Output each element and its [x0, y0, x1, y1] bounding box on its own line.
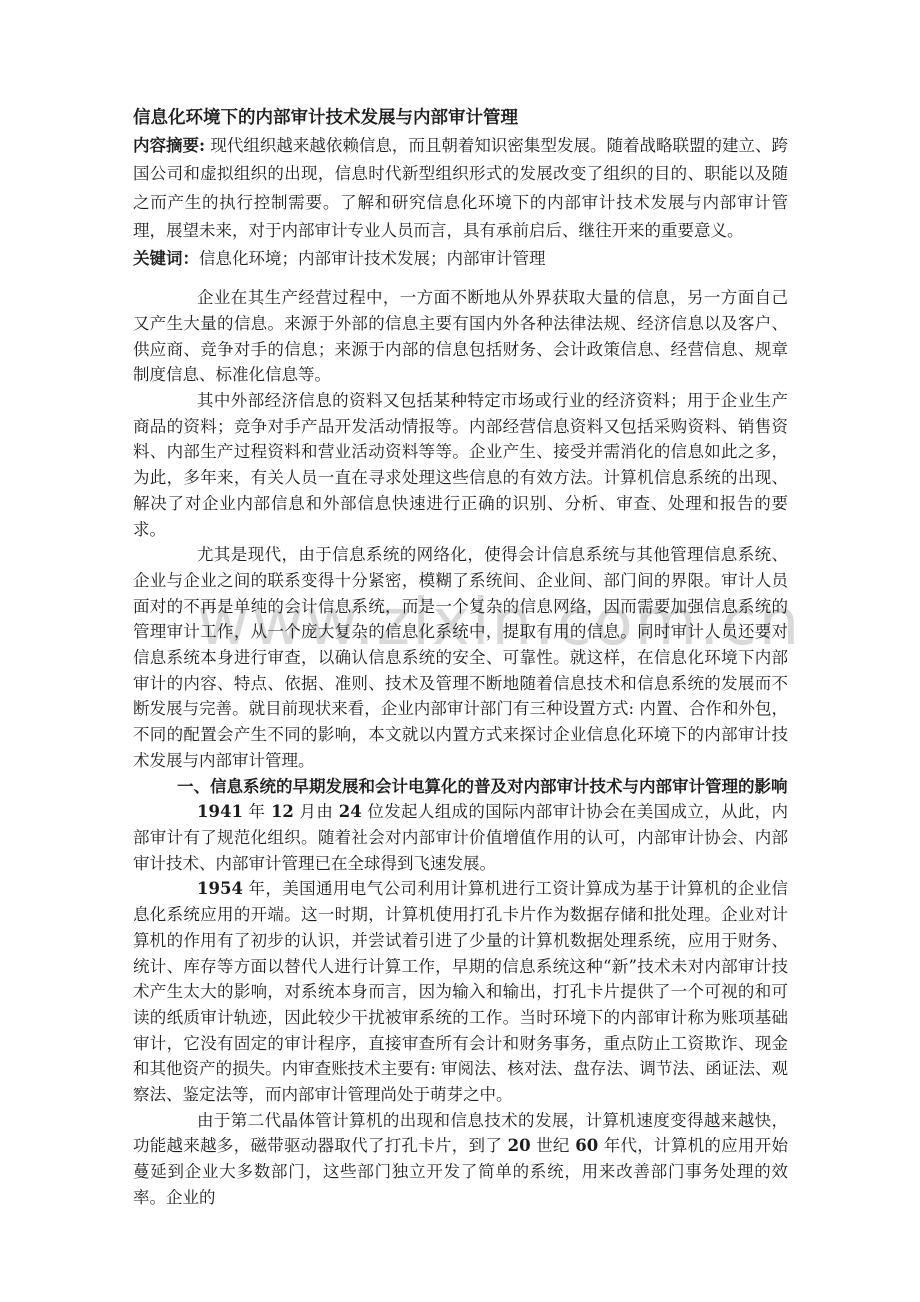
body-paragraph: 尤其是现代，由于信息系统的网络化，使得会计信息系统与其他管理信息系统、企业与企业… [133, 542, 788, 773]
keywords-label: 关键词： [133, 249, 199, 268]
body-paragraph: 其中外部经济信息的资料又包括某种特定市场或行业的经济资料；用于企业生产商品的资料… [133, 388, 788, 542]
bold-text-run: 20 [508, 1136, 531, 1155]
bold-text-run: 一、信息系统的早期发展和会计电算化的普及对内部审计技术与内部审计管理的影响 [177, 777, 788, 796]
bold-text-run: 1954 [197, 879, 243, 898]
document-body: 企业在其生产经营过程中，一方面不断地从外界获取大量的信息，另一方面自己又产生大量… [133, 285, 788, 1210]
body-paragraph: 1941 年 12 月由 24 位发起人组成的国际内部审计协会在美国成立，从此，… [133, 799, 788, 876]
keywords-text: 信息化环境；内部审计技术发展；内部审计管理 [199, 249, 546, 268]
text-run: 尤其是现代，由于信息系统的网络化，使得会计信息系统与其他管理信息系统、企业与企业… [133, 545, 788, 770]
document-content: 信息化环境下的内部审计技术发展与内部审计管理 内容摘要: 现代组织越来越依赖信息… [133, 0, 788, 1211]
keywords-line: 关键词：信息化环境；内部审计技术发展；内部审计管理 [133, 245, 788, 273]
bold-text-run: 24 [339, 802, 362, 821]
section-heading: 一、信息系统的早期发展和会计电算化的普及对内部审计技术与内部审计管理的影响 [133, 774, 788, 800]
bold-text-run: 60 [575, 1136, 598, 1155]
body-paragraph: 1954 年，美国通用电气公司利用计算机进行工资计算成为基于计算机的企业信息化系… [133, 876, 788, 1107]
abstract-label: 内容摘要: [133, 136, 205, 155]
body-paragraph: 由于第二代晶体管计算机的出现和信息技术的发展，计算机速度变得越来越快，功能越来越… [133, 1108, 788, 1211]
document-page: www.zixin.com.cn 信息化环境下的内部审计技术发展与内部审计管理 … [0, 0, 920, 1302]
document-title: 信息化环境下的内部审计技术发展与内部审计管理 [133, 104, 788, 132]
bold-text-run: 1941 [197, 802, 243, 821]
text-run: 月由 [294, 802, 339, 821]
text-run: 企业在其生产经营过程中，一方面不断地从外界获取大量的信息，另一方面自己又产生大量… [133, 288, 788, 384]
body-paragraph: 企业在其生产经营过程中，一方面不断地从外界获取大量的信息，另一方面自己又产生大量… [133, 285, 788, 388]
bold-text-run: 12 [271, 802, 294, 821]
abstract-text: 现代组织越来越依赖信息，而且朝着知识密集型发展。随着战略联盟的建立、跨国公司和虚… [133, 136, 788, 240]
text-run: 年 [243, 802, 271, 821]
text-run: 其中外部经济信息的资料又包括某种特定市场或行业的经济资料；用于企业生产商品的资料… [133, 391, 788, 539]
text-run: 年，美国通用电气公司利用计算机进行工资计算成为基于计算机的企业信息化系统应用的开… [133, 879, 788, 1104]
text-run: 世纪 [531, 1136, 576, 1155]
abstract-paragraph: 内容摘要: 现代组织越来越依赖信息，而且朝着知识密集型发展。随着战略联盟的建立、… [133, 132, 788, 245]
